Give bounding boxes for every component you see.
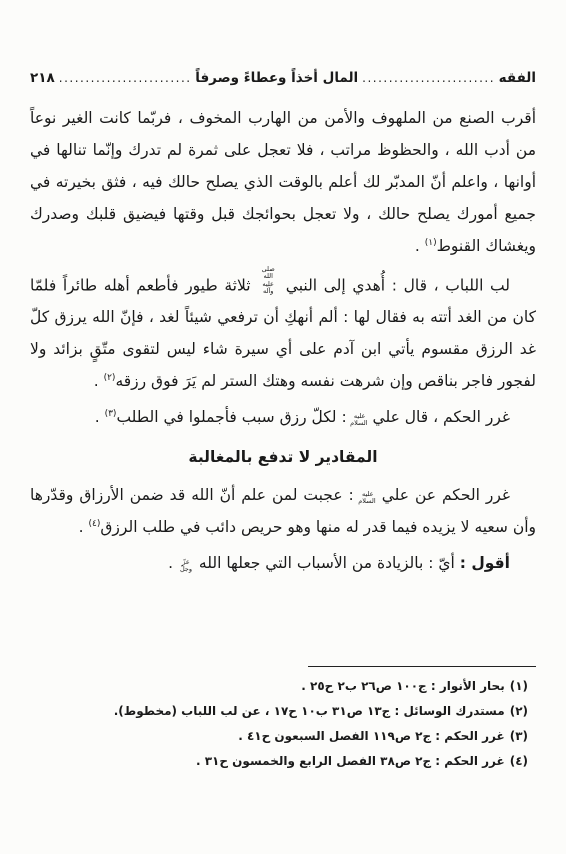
footnote-item-1: (١)بحار الأنوار : ج١٠٠ ص٢٦ ب٢ ح٢٥ . [30, 674, 528, 699]
paragraph-5: أقول : أيّ : بالزيادة من الأسباب التي جع… [30, 547, 536, 579]
header-page-number: ٢١٨ [30, 70, 55, 86]
alayhis-salam-mark-1: عليه السلام [352, 413, 368, 428]
paragraph-4-tail: . [79, 518, 89, 536]
footnote-item-2: (٢)مستدرك الوسائل : ج١٣ ص٣١ ب١٠ ح١٧ ، عن… [30, 699, 528, 724]
paragraph-4-lead: غرر الحكم عن علي [376, 486, 510, 504]
footnote-text-4: غرر الحكم : ج٢ ص٣٨ الفصل الرابع والخمسون… [196, 754, 505, 768]
header-dot-leader-left: ........................................… [59, 71, 192, 85]
alayhis-salam-mark-2: عليه السلام [360, 491, 376, 506]
footnote-marker-3: (٣) [510, 729, 528, 743]
footnote-item-4: (٤)غرر الحكم : ج٢ ص٣٨ الفصل الرابع والخم… [30, 749, 528, 774]
section-heading: المقادير لا تدفع بالمغالبة [30, 441, 536, 473]
paragraph-5-rest: أيّ : بالزيادة من الأسباب التي جعلها الل… [194, 554, 460, 572]
page-body: أقرب الصنع من الملهوف والأمن من الهارب ا… [30, 102, 536, 583]
paragraph-5-tail: . [168, 554, 178, 572]
header-section-label: الفقه [499, 70, 536, 86]
paragraph-3: غرر الحكم ، قال علي عليه السلام : لكلّ ر… [30, 401, 536, 433]
footnote-marker-1: (١) [510, 679, 528, 693]
footnote-text-3: غرر الحكم : ج٢ ص١١٩ الفصل السبعون ح٤١ . [238, 729, 505, 743]
paragraph-3-lead: غرر الحكم ، قال علي [368, 408, 510, 426]
paragraph-3-tail: . [95, 408, 105, 426]
footnote-text-2: مستدرك الوسائل : ج١٣ ص٣١ ب١٠ ح١٧ ، عن لب… [114, 704, 505, 718]
footnote-ref-4: (٤) [89, 519, 101, 529]
footnote-marker-4: (٤) [510, 754, 528, 768]
paragraph-1-text: أقرب الصنع من الملهوف والأمن من الهارب ا… [30, 109, 536, 255]
footnote-text-1: بحار الأنوار : ج١٠٠ ص٢٦ ب٢ ح٢٥ . [301, 679, 504, 693]
running-header: الفقه ..................................… [30, 70, 536, 86]
header-chapter-title: المال أخذاً وعطاءً وصرفاً [195, 70, 358, 86]
footnote-ref-3: (٣) [105, 409, 117, 419]
paragraph-4: غرر الحكم عن علي عليه السلام : عجبت لمن … [30, 479, 536, 543]
paragraph-2-lead: لب اللباب ، قال : أُهدي إلى النبي [279, 276, 510, 294]
azza-wa-jall-mark: عزّ وجلّ [178, 559, 194, 574]
paragraph-2-tail: . [94, 372, 104, 390]
header-dot-leader-right: ........................................… [362, 71, 495, 85]
book-page: الفقه ..................................… [0, 0, 566, 854]
paragraph-2: لب اللباب ، قال : أُهدي إلى النبي صلى ال… [30, 266, 536, 397]
aqool-bold-label: أقول : [460, 554, 510, 572]
footnote-separator [308, 666, 536, 667]
paragraph-1: أقرب الصنع من الملهوف والأمن من الهارب ا… [30, 102, 536, 262]
prophet-honorific-mark: صلى الله عليه وآله [257, 266, 279, 296]
paragraph-3-rest: : لكلّ رزق سبب فأجملوا في الطلب [116, 408, 351, 426]
footnote-ref-2: (٢) [104, 373, 116, 383]
footnote-ref-1: (١) [425, 238, 437, 248]
footnote-list: (١)بحار الأنوار : ج١٠٠ ص٢٦ ب٢ ح٢٥ . (٢)م… [30, 674, 528, 774]
paragraph-1-tail: . [415, 237, 425, 255]
footnote-marker-2: (٢) [510, 704, 528, 718]
footnote-item-3: (٣)غرر الحكم : ج٢ ص١١٩ الفصل السبعون ح٤١… [30, 724, 528, 749]
